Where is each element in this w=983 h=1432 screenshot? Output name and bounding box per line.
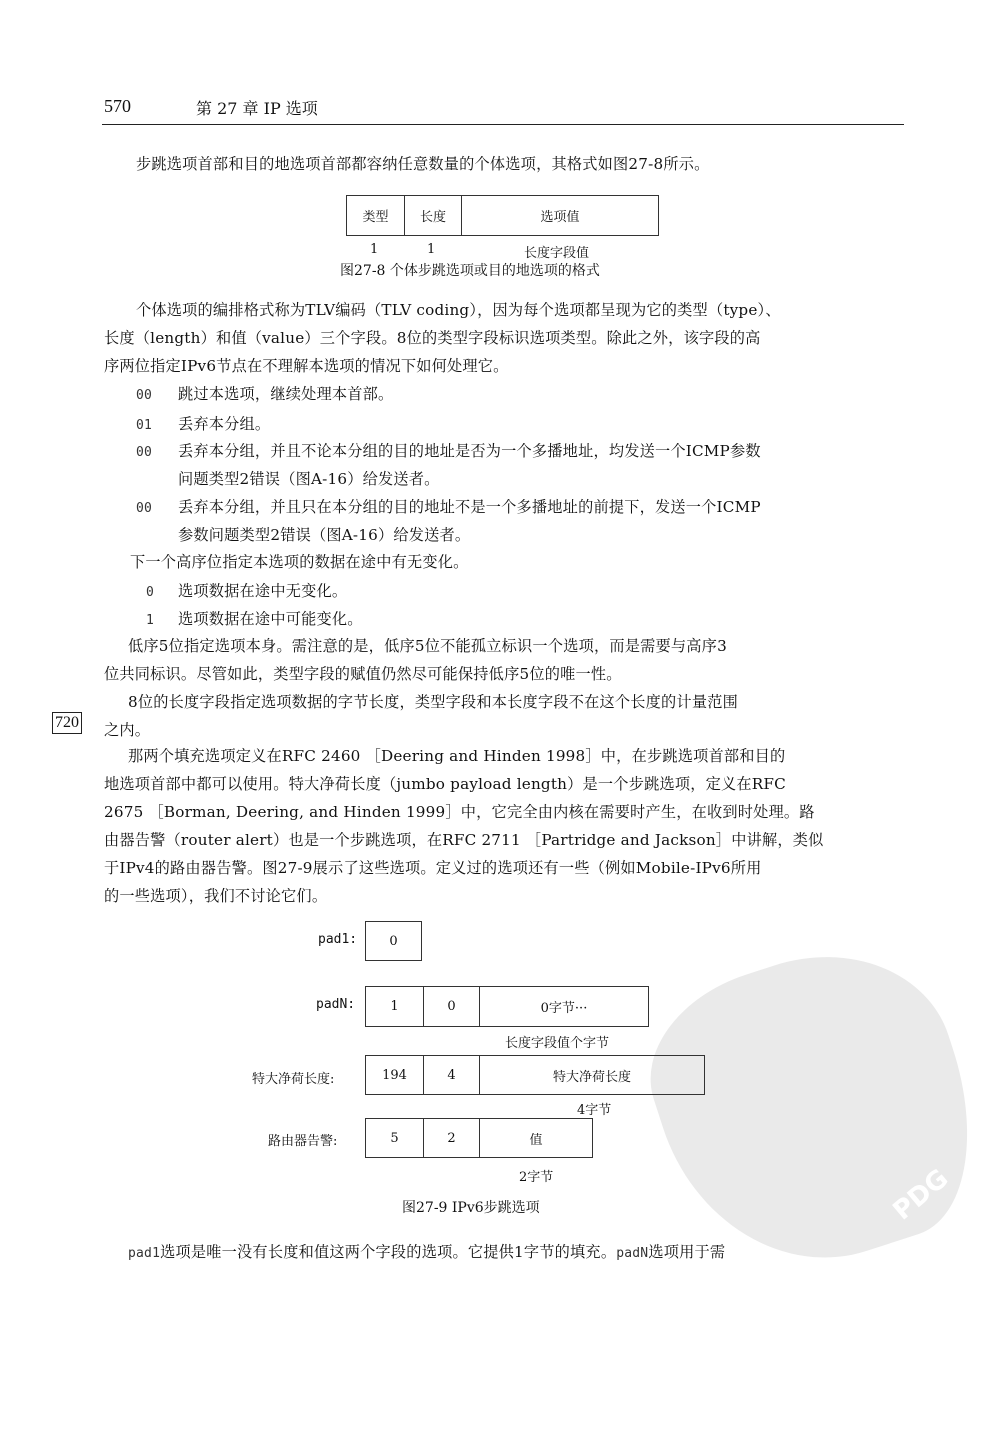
paragraph-low-bits-line-2: 位共同标识。尽管如此，类型字段的赋值仍然尽可能保持低序5位的唯一性。	[104, 660, 622, 688]
cell-value: 值	[479, 1119, 592, 1157]
cell-type: 5	[366, 1119, 423, 1157]
list-item-high-bits: 00 丢弃本分组，并且只在本分组的目的地址不是一个多播地址的前提下，发送一个IC…	[136, 493, 152, 523]
code-pad1: pad1	[128, 1246, 160, 1261]
list-item-high-bits: 00 跳过本选项，继续处理本首部。	[136, 380, 152, 410]
page-header: 570 第 27 章 IP 选项	[102, 92, 904, 125]
code-padN: padN	[616, 1246, 648, 1261]
cell-type: 0	[366, 922, 421, 960]
padN-option-box: 1 0 0字节···	[365, 986, 649, 1027]
bit-description-cont: 参数问题类型2错误（图A-16）给发送者。	[178, 521, 470, 549]
paragraph-options-line-4: 由器告警（router alert）也是一个步跳选项，在RFC 2711 ［Pa…	[104, 826, 824, 854]
bit-description: 丢弃本分组。	[178, 410, 270, 438]
figure-27-9-caption: 图27-9 IPv6步跳选项	[402, 1197, 540, 1217]
bit-code: 00	[136, 445, 152, 460]
cell-type: 194	[366, 1056, 423, 1094]
router-alert-size-note: 2字节	[519, 1166, 553, 1185]
size-type: 1	[370, 242, 378, 257]
jumbo-option-box: 194 4 特大净荷长度	[365, 1055, 705, 1095]
padN-size-note: 长度字段值个字节	[505, 1032, 609, 1051]
cell-value: 0字节···	[479, 987, 648, 1026]
bit-description-cont: 问题类型2错误（图A-16）给发送者。	[178, 465, 440, 493]
row-label-pad1: pad1:	[318, 932, 357, 947]
paragraph-options-line-6: 的一些选项），我们不讨论它们。	[104, 882, 327, 910]
text-segment: 选项是唯一没有长度和值这两个字段的选项。它提供1字节的填充。	[160, 1243, 616, 1261]
size-length: 1	[427, 242, 435, 257]
paragraph-length-line-2: 之内。	[104, 716, 150, 744]
router-alert-option-box: 5 2 值	[365, 1118, 593, 1158]
field-type: 类型	[347, 196, 404, 235]
paragraph-tlv-line-3: 序两位指定IPv6节点在不理解本选项的情况下如何处理它。	[104, 352, 509, 380]
bit-description: 选项数据在途中无变化。	[178, 577, 347, 605]
list-item-change-bit: 1 选项数据在途中可能变化。	[146, 605, 154, 635]
text-segment: 选项用于需	[648, 1243, 725, 1261]
list-item-high-bits: 00 丢弃本分组，并且不论本分组的目的地址是否为一个多播地址，均发送一个ICMP…	[136, 437, 152, 467]
size-value: 长度字段值	[524, 242, 589, 261]
list-item-high-bits: 01 丢弃本分组。	[136, 410, 152, 440]
paragraph-change-bit: 下一个高序位指定本选项的数据在途中有无变化。	[130, 548, 469, 576]
cell-length: 4	[423, 1056, 479, 1094]
bit-description: 丢弃本分组，并且不论本分组的目的地址是否为一个多播地址，均发送一个ICMP参数	[178, 437, 761, 465]
cell-type: 1	[366, 987, 423, 1026]
paragraph-length-line-1: 8位的长度字段指定选项数据的字节长度，类型字段和本长度字段不在这个长度的计量范围	[128, 688, 738, 716]
row-label-padN: padN:	[316, 997, 355, 1012]
bit-code: 0	[146, 585, 154, 600]
bit-code: 00	[136, 388, 152, 403]
paragraph-options-line-2: 地选项首部中都可以使用。特大净荷长度（jumbo payload length）…	[104, 770, 786, 798]
figure-27-8-caption: 图27-8 个体步跳选项或目的地选项的格式	[340, 260, 600, 280]
paragraph-intro: 步跳选项首部和目的地选项首部都容纳任意数量的个体选项，其格式如图27-8所示。	[136, 150, 709, 178]
cell-length: 0	[423, 987, 479, 1026]
row-label-router-alert: 路由器告警:	[268, 1130, 337, 1149]
jumbo-size-note: 4字节	[577, 1099, 611, 1118]
bit-code: 01	[136, 418, 152, 433]
paragraph-options-line-3: 2675 ［Borman, Deering, and Hinden 1999］中…	[104, 798, 815, 826]
bit-description: 跳过本选项，继续处理本首部。	[178, 380, 393, 408]
bit-code: 00	[136, 501, 152, 516]
cell-value: 特大净荷长度	[479, 1056, 704, 1094]
bit-code: 1	[146, 613, 154, 628]
list-item-change-bit: 0 选项数据在途中无变化。	[146, 577, 154, 607]
paragraph-low-bits-line-1: 低序5位指定选项本身。需注意的是，低序5位不能孤立标识一个选项，而是需要与高序3	[128, 632, 727, 660]
bit-description: 选项数据在途中可能变化。	[178, 605, 363, 633]
paragraph-tlv-line-1: 个体选项的编排格式称为TLV编码（TLV coding），因为每个选项都呈现为它…	[136, 296, 781, 324]
bit-description: 丢弃本分组，并且只在本分组的目的地址不是一个多播地址的前提下，发送一个ICMP	[178, 493, 761, 521]
paragraph-options-line-1: 那两个填充选项定义在RFC 2460 ［Deering and Hinden 1…	[128, 742, 785, 770]
row-label-jumbo: 特大净荷长度:	[252, 1068, 334, 1087]
page-number: 570	[104, 96, 131, 117]
field-value: 选项值	[461, 196, 658, 235]
paragraph-options-line-5: 于IPv4的路由器告警。图27-9展示了这些选项。定义过的选项还有一些（例如Mo…	[104, 854, 762, 882]
paragraph-pad1: pad1选项是唯一没有长度和值这两个字段的选项。它提供1字节的填充。padN选项…	[128, 1238, 725, 1268]
chapter-title: 第 27 章 IP 选项	[196, 96, 318, 119]
paragraph-tlv-line-2: 长度（length）和值（value）三个字段。8位的类型字段标识选项类型。除此…	[104, 324, 761, 352]
tlv-format-diagram: 类型 长度 选项值	[346, 195, 659, 236]
pad1-option-box: 0	[365, 921, 422, 961]
field-length: 长度	[404, 196, 461, 235]
margin-page-reference: 720	[52, 712, 82, 734]
cell-length: 2	[423, 1119, 479, 1157]
